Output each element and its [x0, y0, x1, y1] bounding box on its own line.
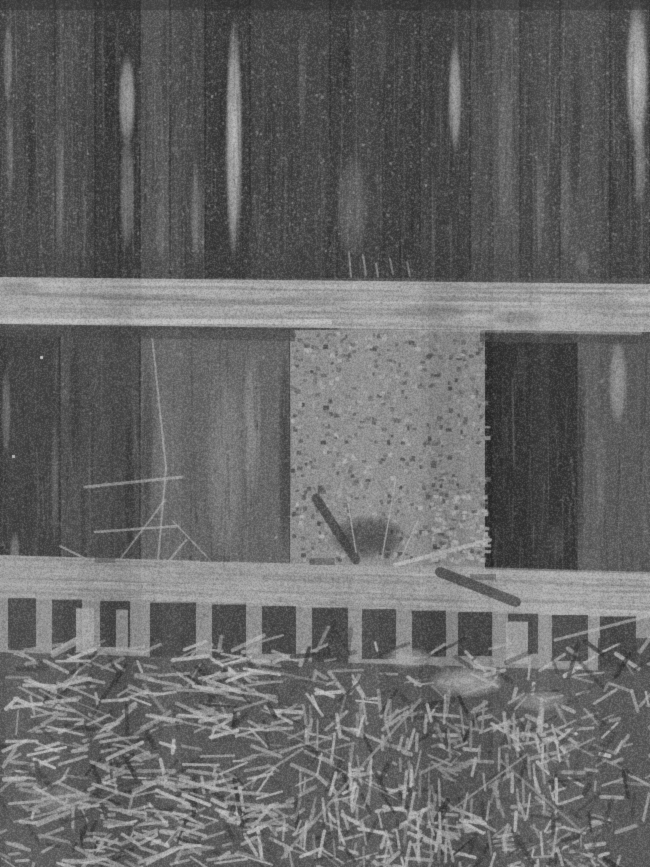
photocopied-fence-photo — [0, 0, 650, 867]
fence-photo-canvas — [0, 0, 650, 867]
